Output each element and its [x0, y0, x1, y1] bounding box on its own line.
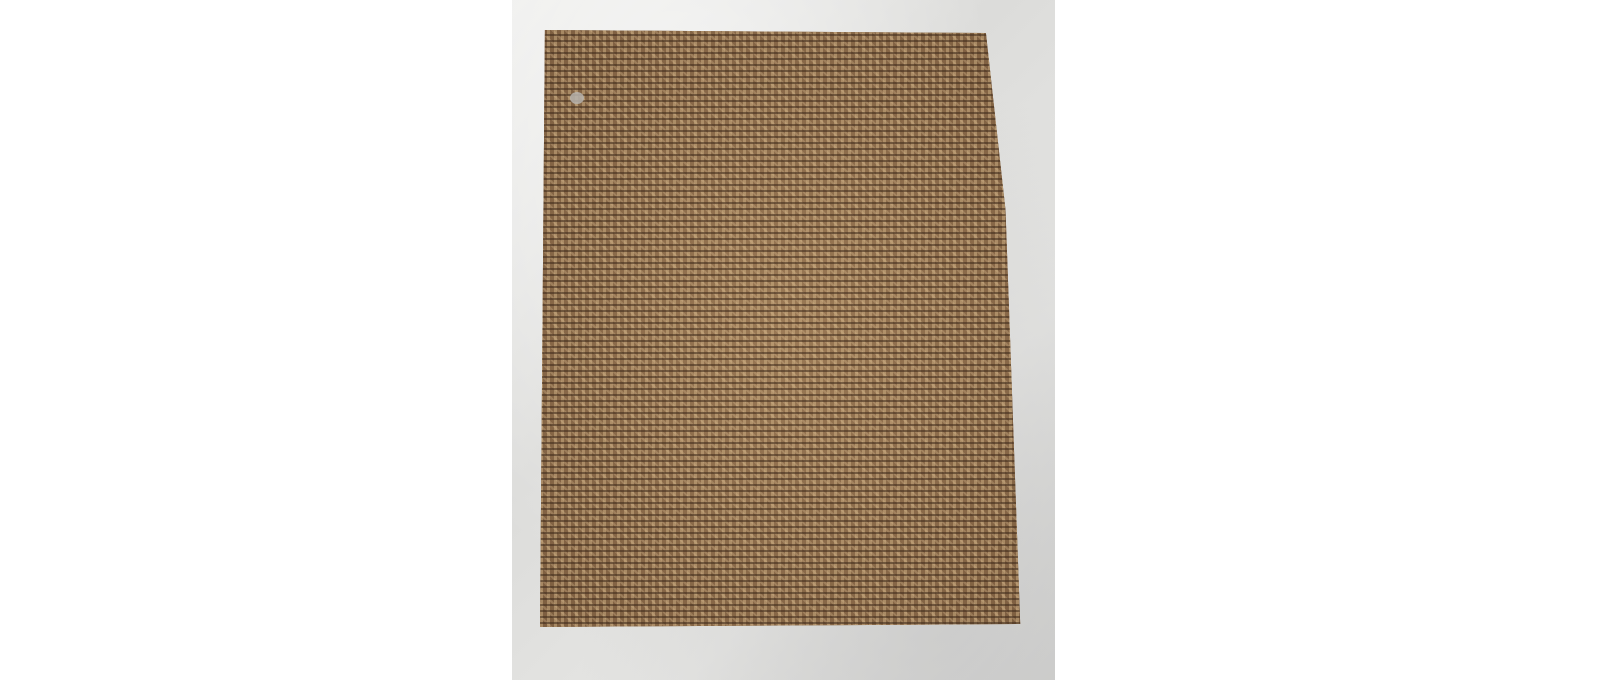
photo [512, 0, 1055, 680]
carpet-hole [570, 92, 584, 104]
carpet-sample [540, 30, 1030, 630]
